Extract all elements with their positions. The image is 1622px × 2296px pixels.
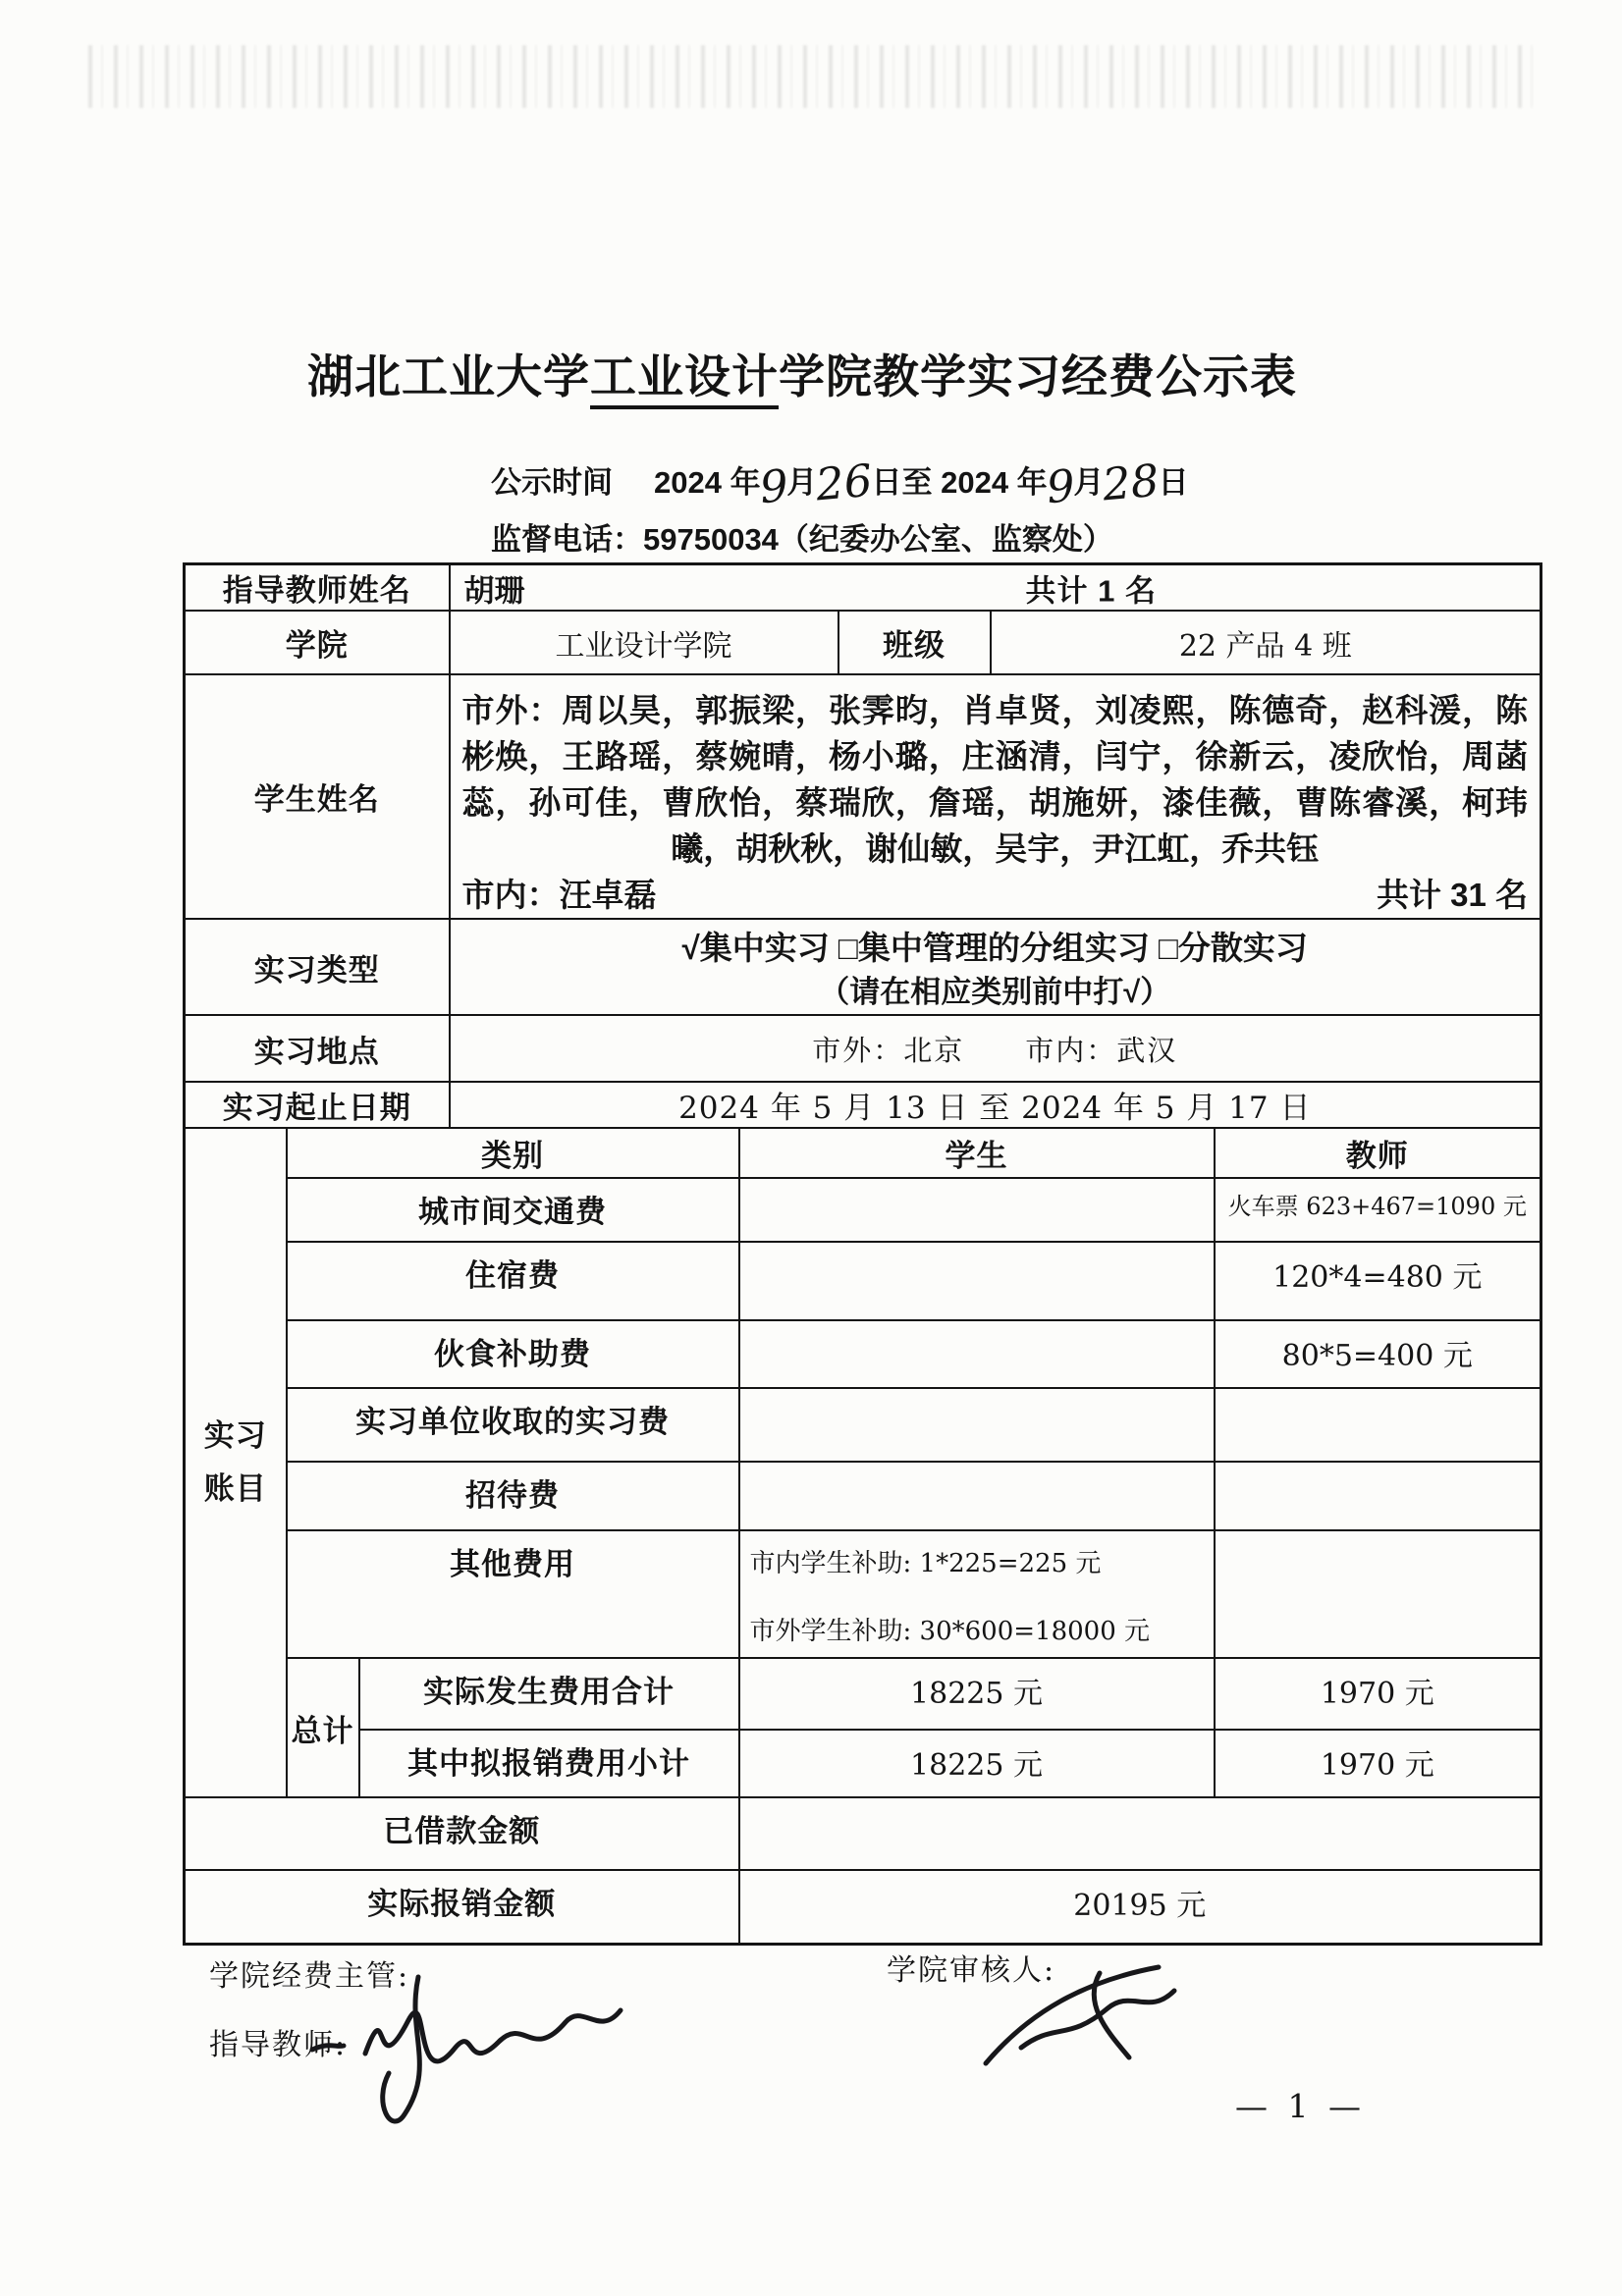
- meals-label-cell: 伙食补助费: [287, 1320, 739, 1388]
- type-row: 实习类型 √集中实习 □集中管理的分组实习 □分散实习 （请在相应类别前中打√）: [185, 919, 1541, 1015]
- document-page: 湖北工业大学工业设计学院教学实习经费公示表 公示时间 2024 年 9 月 26…: [0, 0, 1622, 2296]
- total-row-actual: 总计 实际发生费用合计 18225 元 1970 元: [185, 1658, 1541, 1730]
- students-value-cell: 市外：周以昊，郭振梁，张霁昀，肖卓贤，刘凌熙，陈德奇，赵科湲，陈 彬焕，王路瑶，…: [450, 674, 1541, 919]
- account-row-transport: 城市间交通费 火车票 623+467=1090 元: [185, 1178, 1541, 1242]
- class-label-cell: 班级: [838, 611, 991, 674]
- dates-value-cell: 2024 年 5 月 13 日 至 2024 年 5 月 17 日: [450, 1082, 1541, 1128]
- scan-noise-artifact: [88, 45, 1541, 108]
- lodging-teacher-cell: 120*4=480 元: [1215, 1242, 1541, 1320]
- students-row: 学生姓名 市外：周以昊，郭振梁，张霁昀，肖卓贤，刘凌熙，陈德奇，赵科湲，陈 彬焕…: [185, 674, 1541, 919]
- students-line-2: 彬焕，王路瑶，蔡婉晴，杨小璐，庄涵清，闫宁，徐新云，凌欣怡，周菡: [462, 733, 1529, 779]
- lodging-label-cell: 住宿费: [287, 1242, 739, 1320]
- borrowed-row: 已借款金额: [185, 1797, 1541, 1870]
- college-value-cell: 工业设计学院: [450, 611, 838, 674]
- accounts-header-row: 实习 账目 类别 学生 教师: [185, 1128, 1541, 1178]
- location-label-cell: 实习地点: [185, 1015, 450, 1082]
- actual-total-label-cell: 实际发生费用合计: [359, 1658, 739, 1730]
- day-unit-end: 日: [1159, 457, 1189, 502]
- accounts-section-cell: 实习 账目: [185, 1128, 287, 1797]
- handwritten-start-month: 9: [758, 471, 788, 503]
- actual-total-student-cell: 18225 元: [739, 1658, 1215, 1730]
- students-line-4: 曦，胡秋秋，谢仙敏，吴宇，尹江虹，乔共钰: [462, 826, 1529, 872]
- dates-label-cell: 实习起止日期: [185, 1082, 450, 1128]
- students-local: 市内：汪卓磊: [462, 872, 657, 918]
- reception-teacher-cell: [1215, 1462, 1541, 1530]
- students-line-1: 市外：周以昊，郭振梁，张霁昀，肖卓贤，刘凌熙，陈德奇，赵科湲，陈: [462, 687, 1529, 733]
- advisor-label-cell: 指导教师姓名: [185, 564, 450, 612]
- date-middle: 至 2024 年: [901, 457, 1047, 502]
- title-post: 学院教学实习经费公示表: [779, 350, 1297, 402]
- students-count: 共计 31 名: [1377, 872, 1528, 918]
- reception-label-cell: 招待费: [287, 1462, 739, 1530]
- other-student-cell: 市内学生补助: 1*225=225 元 市外学生补助: 30*600=18000…: [739, 1530, 1215, 1658]
- unit-fee-student-cell: [739, 1388, 1215, 1462]
- college-label-cell: 学院: [185, 611, 450, 674]
- reimbursed-value-cell: 20195 元: [739, 1870, 1541, 1944]
- transport-student-cell: [739, 1178, 1215, 1242]
- advisor-value-cell: 胡珊 共计 1 名: [450, 564, 1541, 612]
- class-value-cell: 22 产品 4 班: [991, 611, 1541, 674]
- publicity-time-label: 公示时间: [491, 457, 613, 502]
- reimbursable-label-cell: 其中拟报销费用小计: [359, 1730, 739, 1797]
- date-start-year: 2024 年: [654, 457, 761, 502]
- header-student-cell: 学生: [739, 1128, 1215, 1178]
- handwritten-end-day: 28: [1102, 466, 1161, 501]
- reimbursable-teacher-cell: 1970 元: [1215, 1730, 1541, 1797]
- page-title: 湖北工业大学工业设计学院教学实习经费公示表: [183, 346, 1422, 408]
- header-teacher-cell: 教师: [1215, 1128, 1541, 1178]
- unit-fee-teacher-cell: [1215, 1388, 1541, 1462]
- borrowed-value-cell: [739, 1797, 1541, 1870]
- supervision-phone-line: 监督电话：59750034（纪委办公室、监察处）: [491, 514, 1189, 558]
- lodging-student-cell: [739, 1242, 1215, 1320]
- header-category-cell: 类别: [287, 1128, 739, 1178]
- type-value-cell: √集中实习 □集中管理的分组实习 □分散实习 （请在相应类别前中打√）: [450, 919, 1541, 1015]
- title-underlined: 工业设计: [590, 350, 779, 409]
- reimbursed-label-cell: 实际报销金额: [185, 1870, 739, 1944]
- advisor-count: 共计 1 名: [1026, 565, 1157, 610]
- accounts-section-line1: 实习: [186, 1410, 286, 1463]
- reimbursable-student-cell: 18225 元: [739, 1730, 1215, 1797]
- borrowed-label-cell: 已借款金额: [185, 1797, 739, 1870]
- account-row-reception: 招待费: [185, 1462, 1541, 1530]
- actual-total-teacher-cell: 1970 元: [1215, 1658, 1541, 1730]
- publicity-time-line: 公示时间 2024 年 9 月 26 日 至 2024 年 9 月 28 日: [491, 457, 1189, 508]
- advisor-row: 指导教师姓名 胡珊 共计 1 名: [185, 564, 1541, 612]
- total-label-cell: 总计: [287, 1658, 359, 1797]
- transport-teacher-cell: 火车票 623+467=1090 元: [1215, 1178, 1541, 1242]
- students-names: 市外：周以昊，郭振梁，张霁昀，肖卓贤，刘凌熙，陈德奇，赵科湲，陈 彬焕，王路瑶，…: [451, 675, 1541, 918]
- students-label-cell: 学生姓名: [185, 674, 450, 919]
- advisor-signature: [271, 1959, 664, 2126]
- meals-teacher-cell: 80*5=400 元: [1215, 1320, 1541, 1388]
- account-row-unit-fee: 实习单位收取的实习费: [185, 1388, 1541, 1462]
- other-teacher-cell: [1215, 1530, 1541, 1658]
- account-row-meals: 伙食补助费 80*5=400 元: [185, 1320, 1541, 1388]
- meals-student-cell: [739, 1320, 1215, 1388]
- students-line-5: 市内：汪卓磊 共计 31 名: [462, 872, 1529, 918]
- unit-fee-label-cell: 实习单位收取的实习费: [287, 1388, 739, 1462]
- transport-label-cell: 城市间交通费: [287, 1178, 739, 1242]
- type-label-cell: 实习类型: [185, 919, 450, 1015]
- month-unit-end: 月: [1073, 457, 1104, 502]
- account-row-lodging: 住宿费 120*4=480 元: [185, 1242, 1541, 1320]
- advisor-name: 胡珊: [464, 565, 525, 610]
- type-options: √集中实习 □集中管理的分组实习 □分散实习: [451, 920, 1541, 971]
- page-number: — 1 —: [1235, 2087, 1366, 2125]
- location-value-cell: 市外：北京 市内：武汉: [450, 1015, 1541, 1082]
- type-note: （请在相应类别前中打√）: [451, 971, 1541, 1014]
- students-line-3: 蕊，孙可佳，曹欣怡，蔡瑞欣，詹瑶，胡施妍，漆佳薇，曹陈睿溪，柯玮: [462, 779, 1529, 826]
- title-pre: 湖北工业大学: [307, 350, 590, 402]
- internship-funding-table: 指导教师姓名 胡珊 共计 1 名 学院 工业设计学院 班级 22 产品 4 班 …: [183, 562, 1542, 1946]
- notice-block: 公示时间 2024 年 9 月 26 日 至 2024 年 9 月 28 日 监…: [491, 457, 1189, 558]
- reception-student-cell: [739, 1462, 1215, 1530]
- day-unit-start: 日: [871, 457, 901, 502]
- other-student-line1: 市内学生补助: 1*225=225 元: [750, 1543, 1214, 1579]
- location-row: 实习地点 市外：北京 市内：武汉: [185, 1015, 1541, 1082]
- college-class-row: 学院 工业设计学院 班级 22 产品 4 班: [185, 611, 1541, 674]
- handwritten-start-day: 26: [815, 466, 874, 501]
- reviewer-signature: [964, 1948, 1200, 2085]
- accounts-section-line2: 账目: [186, 1463, 286, 1516]
- other-student-line2: 市外学生补助: 30*600=18000 元: [750, 1611, 1214, 1647]
- account-row-other: 其他费用 市内学生补助: 1*225=225 元 市外学生补助: 30*600=…: [185, 1530, 1541, 1658]
- reimbursed-row: 实际报销金额 20195 元: [185, 1870, 1541, 1944]
- month-unit-start: 月: [786, 457, 817, 502]
- total-row-reimbursable: 其中拟报销费用小计 18225 元 1970 元: [185, 1730, 1541, 1797]
- dates-row: 实习起止日期 2024 年 5 月 13 日 至 2024 年 5 月 17 日: [185, 1082, 1541, 1128]
- other-label-cell: 其他费用: [287, 1530, 739, 1658]
- handwritten-end-month: 9: [1045, 471, 1075, 503]
